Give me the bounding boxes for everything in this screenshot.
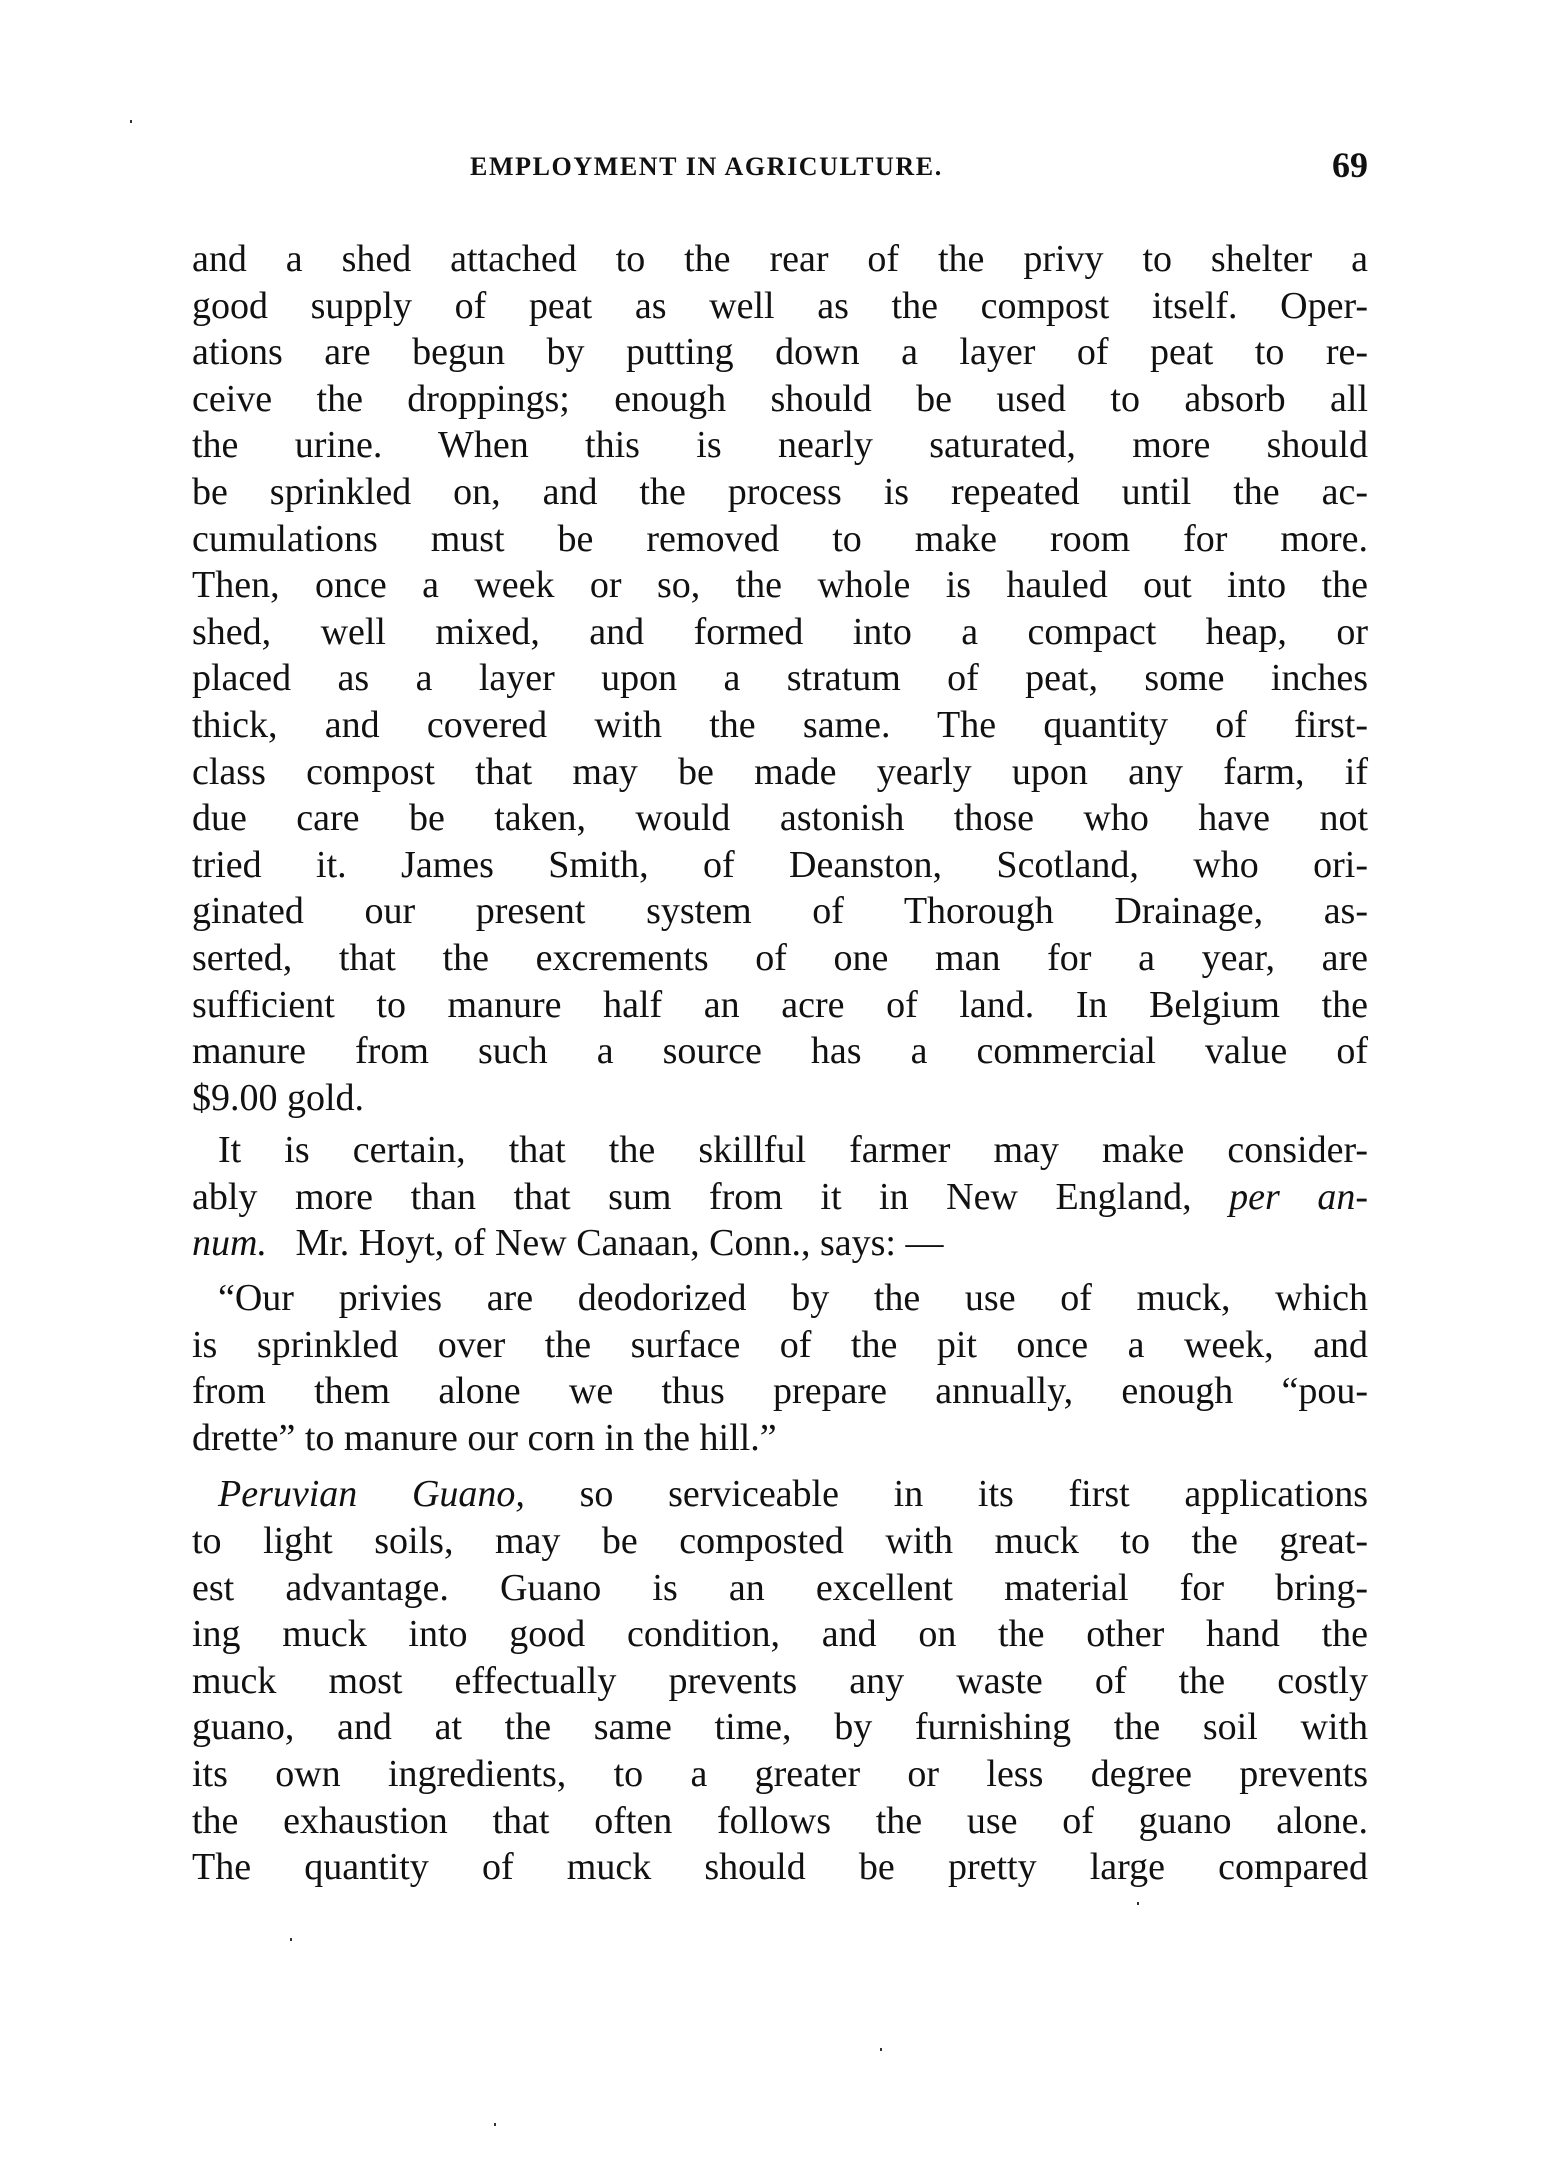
text-line: and a shed attached to the rear of the p… [192, 236, 1368, 283]
quote-start-line: “Our privies are deodorized by the use o… [192, 1275, 1368, 1322]
text-line: manure from such a source has a commerci… [192, 1028, 1368, 1075]
text-line: ceive the droppings; enough should be us… [192, 376, 1368, 423]
italic-phrase: per an- [1229, 1176, 1368, 1218]
scan-speck [130, 120, 132, 123]
scan-speck [494, 2123, 496, 2126]
text-line: the exhaustion that often follows the us… [192, 1798, 1368, 1845]
text-line: is sprinkled over the surface of the pit… [192, 1322, 1368, 1369]
text-line: muck most effectually prevents any waste… [192, 1658, 1368, 1705]
text-line: serted, that the excrements of one man f… [192, 935, 1368, 982]
text-line: sufficient to manure half an acre of lan… [192, 982, 1368, 1029]
text-segment: so serviceable in its first applications [580, 1473, 1368, 1515]
italic-phrase: Peruvian Guano, [218, 1473, 525, 1515]
text-line: tried it. James Smith, of Deanston, Scot… [192, 842, 1368, 889]
text-line: shed, well mixed, and formed into a comp… [192, 609, 1368, 656]
scan-speck [880, 2048, 882, 2051]
text-line: to light soils, may be composted with mu… [192, 1518, 1368, 1565]
text-line: its own ingredients, to a greater or les… [192, 1751, 1368, 1798]
scan-speck [290, 1938, 292, 1941]
text-segment: Mr. Hoyt, of New Canaan, Conn., says: — [295, 1222, 943, 1264]
text-line: due care be taken, would astonish those … [192, 795, 1368, 842]
text-line: num. Mr. Hoyt, of New Canaan, Conn., say… [192, 1220, 1368, 1267]
text-line: placed as a layer upon a stratum of peat… [192, 655, 1368, 702]
text-line: ginated our present system of Thorough D… [192, 888, 1368, 935]
text-segment: ably more than that sum from it in New E… [192, 1176, 1192, 1218]
text-line: ing muck into good condition, and on the… [192, 1611, 1368, 1658]
body-text: and a shed attached to the rear of the p… [192, 236, 1368, 1891]
text-line: be sprinkled on, and the process is repe… [192, 469, 1368, 516]
text-line: est advantage. Guano is an excellent mat… [192, 1565, 1368, 1612]
text-line: drette” to manure our corn in the hill.” [192, 1415, 1368, 1462]
book-page: EMPLOYMENT IN AGRICULTURE. 69 and a shed… [0, 0, 1545, 2181]
text-line: $9.00 gold. [192, 1075, 1368, 1122]
running-header: EMPLOYMENT IN AGRICULTURE. 69 [192, 148, 1368, 188]
text-line: good supply of peat as well as the compo… [192, 283, 1368, 330]
text-line: guano, and at the same time, by furnishi… [192, 1704, 1368, 1751]
paragraph-start-line: Peruvian Guano, so serviceable in its fi… [192, 1471, 1368, 1518]
text-line: cumulations must be removed to make room… [192, 516, 1368, 563]
scan-speck [1137, 1902, 1139, 1905]
text-line: the urine. When this is nearly saturated… [192, 422, 1368, 469]
text-line: class compost that may be made yearly up… [192, 749, 1368, 796]
running-title: EMPLOYMENT IN AGRICULTURE. [470, 152, 943, 182]
text-line: from them alone we thus prepare annually… [192, 1368, 1368, 1415]
page-number: 69 [1332, 144, 1368, 186]
text-line: ations are begun by putting down a layer… [192, 329, 1368, 376]
text-line: ably more than that sum from it in New E… [192, 1174, 1368, 1221]
italic-phrase: num. [192, 1222, 267, 1264]
text-line: Then, once a week or so, the whole is ha… [192, 562, 1368, 609]
text-line: The quantity of muck should be pretty la… [192, 1844, 1368, 1891]
paragraph-start-line: It is certain, that the skillful farmer … [192, 1127, 1368, 1174]
text-line: thick, and covered with the same. The qu… [192, 702, 1368, 749]
